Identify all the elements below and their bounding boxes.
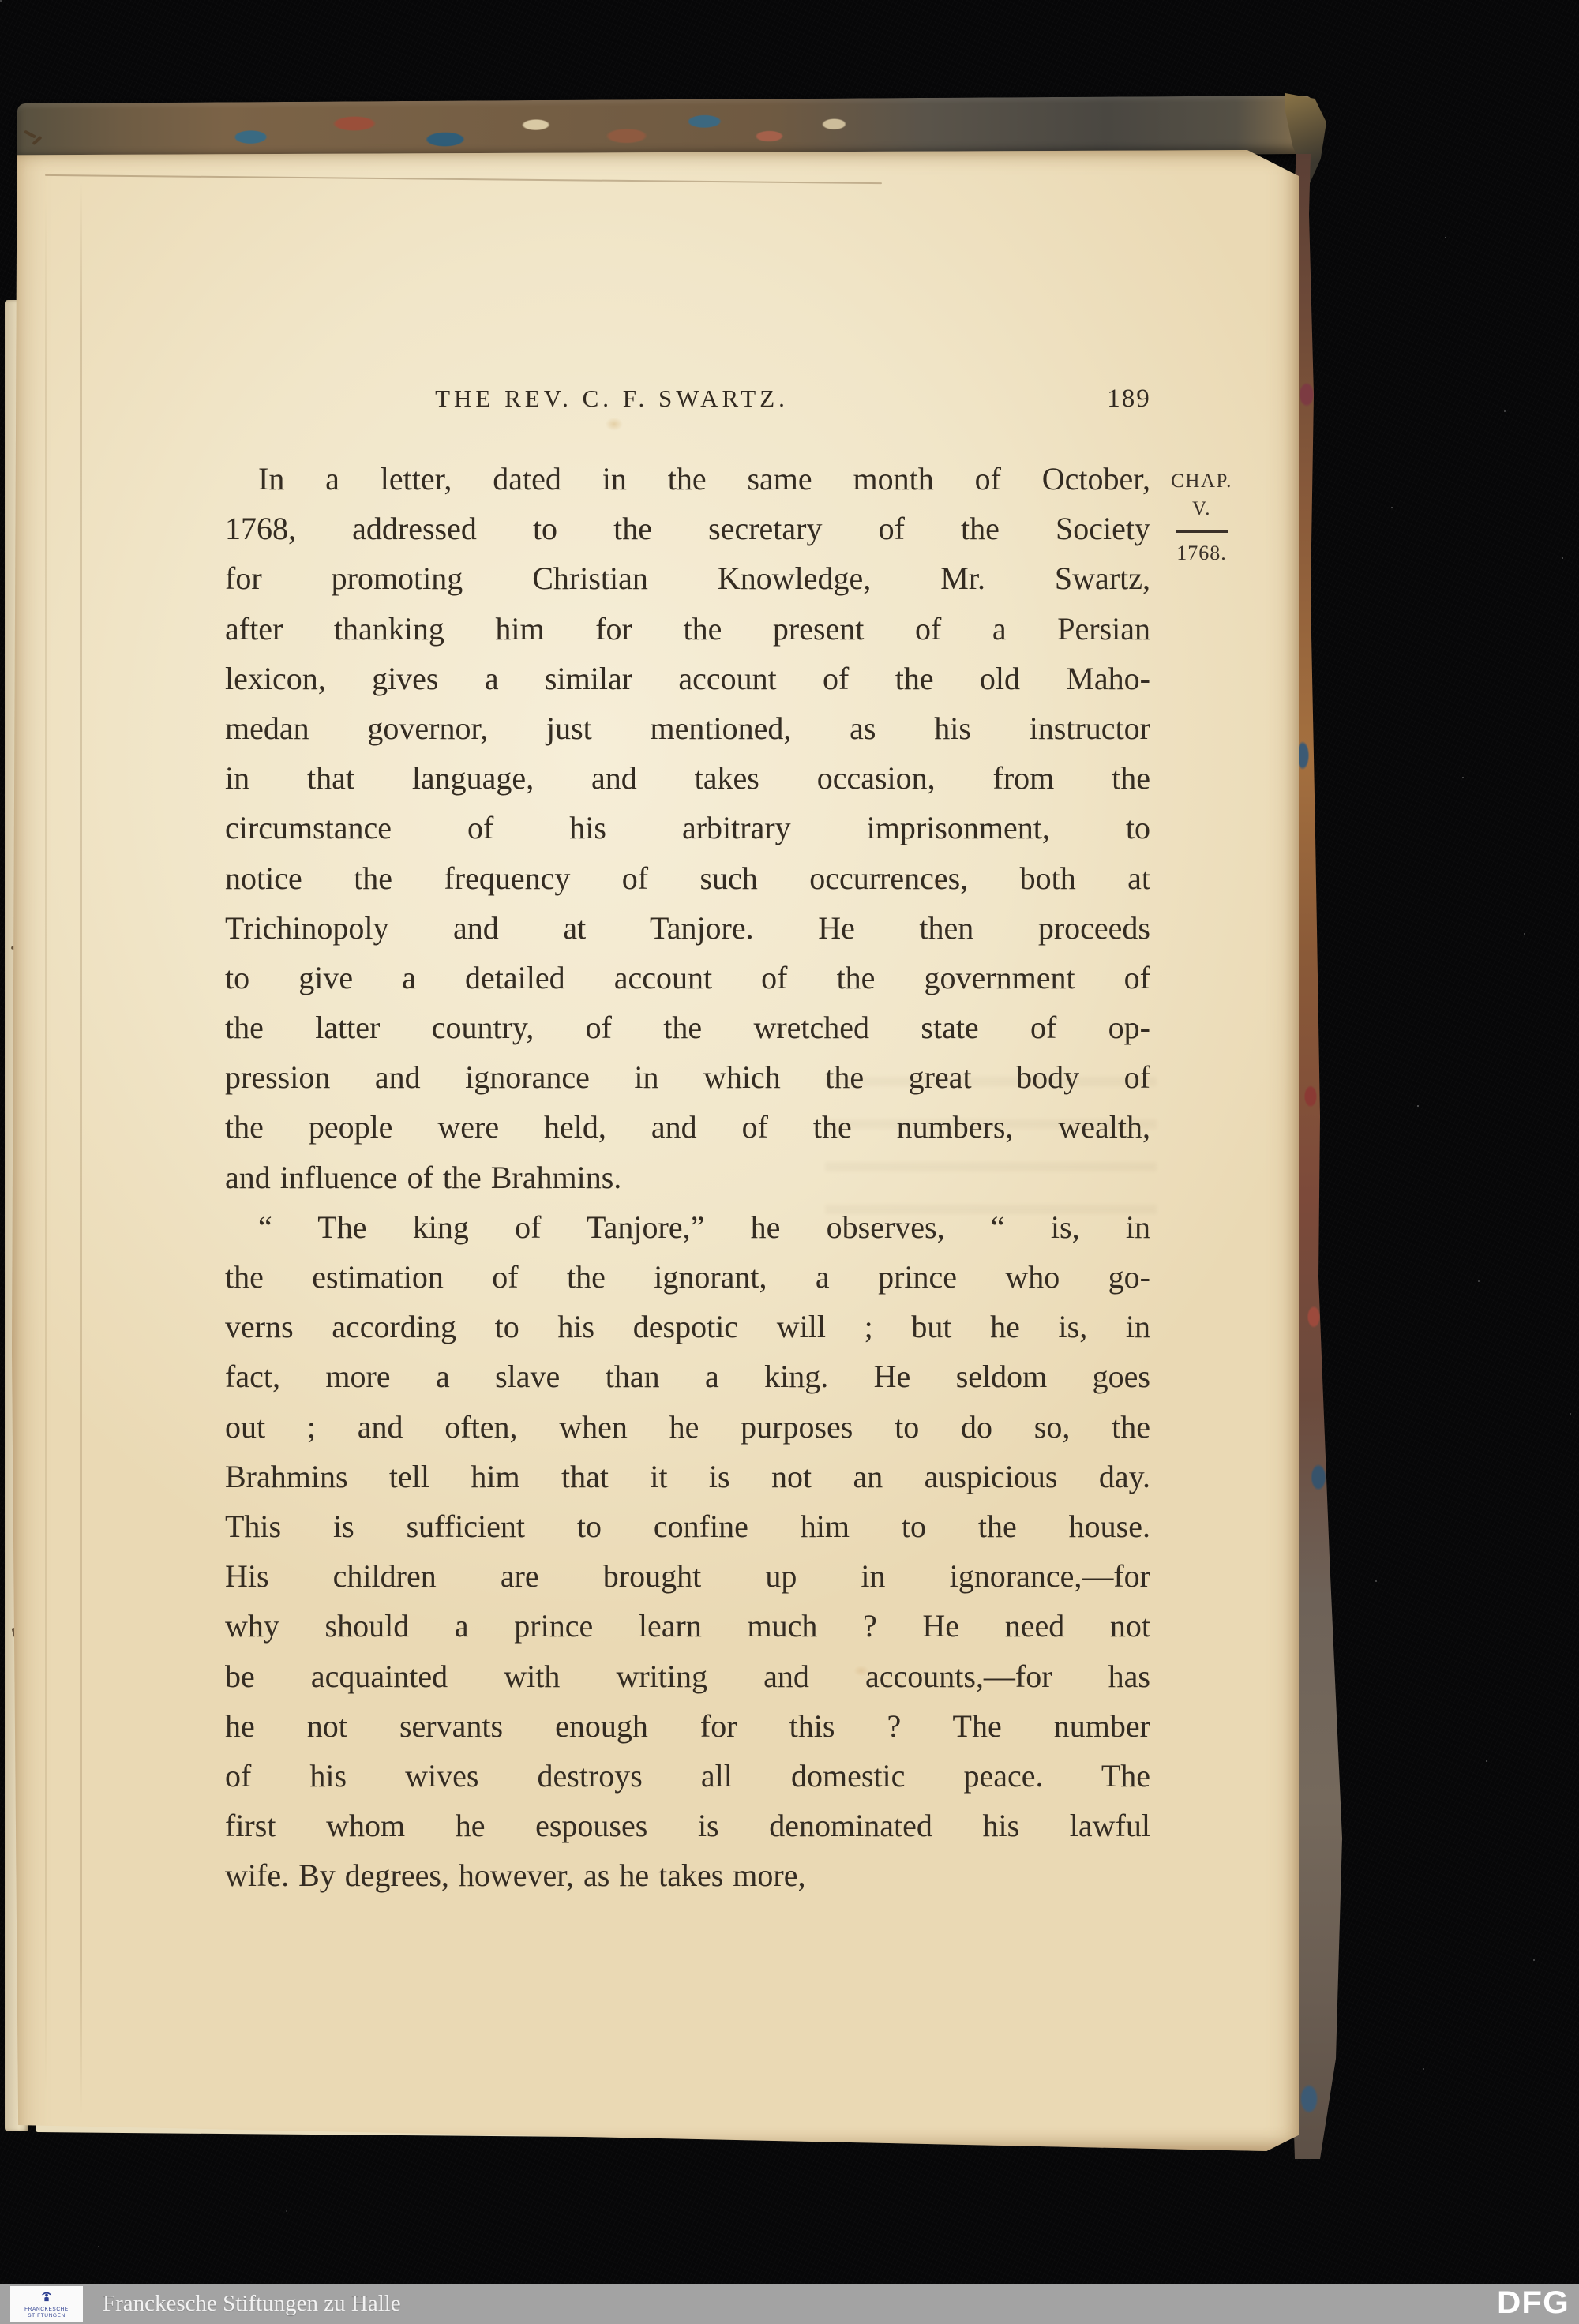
text-line: of his wives destroys all domestic peace… — [225, 1751, 1150, 1801]
margin-year: 1768. — [1151, 539, 1252, 567]
text-line: verns according to his despotic will ; b… — [225, 1302, 1150, 1351]
text-line: notice the frequency of such occurrences… — [225, 853, 1150, 903]
text-line: out ; and often, when he purposes to do … — [225, 1402, 1150, 1452]
dust-specks — [0, 0, 2, 2]
franckesche-logo: FRANCKESCHE STIFTUNGEN — [10, 2286, 83, 2322]
logo-text-line2: STIFTUNGEN — [28, 2313, 66, 2319]
text-line: This is sufficient to confine him to the… — [225, 1501, 1150, 1551]
franckesche-emblem-icon — [39, 2289, 54, 2306]
scan-viewport: THE REV. C. F. SWARTZ. 189 CHAP. V. 1768… — [0, 0, 1579, 2324]
page-number: 189 — [1093, 384, 1165, 414]
attribution-bar: FRANCKESCHE STIFTUNGEN Franckesche Stift… — [0, 2284, 1579, 2324]
dfg-logo: DFG — [1497, 2284, 1570, 2324]
text-line: His children are brought up in ignorance… — [225, 1551, 1150, 1601]
chapter-label: CHAP. — [1151, 467, 1252, 495]
text-line: Trichinopoly and at Tanjore. He then pro… — [225, 903, 1150, 953]
text-line: the people were held, and of the numbers… — [225, 1102, 1150, 1152]
text-line: first whom he espouses is denominated hi… — [225, 1801, 1150, 1850]
gutter-crease — [45, 197, 47, 2092]
text-line: circumstance of his arbitrary imprisonme… — [225, 803, 1150, 853]
body-text: In a letter, dated in the same month of … — [225, 454, 1150, 1900]
text-line: why should a prince learn much ? He need… — [225, 1601, 1150, 1651]
text-line: he not servants enough for this ? The nu… — [225, 1701, 1150, 1751]
text-line: 1768, addressed to the secretary of the … — [225, 504, 1150, 553]
text-line: and influence of the Brahmins. — [225, 1153, 1150, 1202]
gutter-crease — [80, 182, 82, 2116]
text-line: in that language, and takes occasion, fr… — [225, 753, 1150, 803]
chapter-numeral: V. — [1151, 495, 1252, 523]
margin-rule — [1176, 530, 1228, 533]
text-line: “ The king of Tanjore,” he observes, “ i… — [225, 1202, 1150, 1252]
text-line: to give a detailed account of the govern… — [225, 953, 1150, 1003]
logo-text-line1: FRANCKESCHE — [24, 2307, 69, 2313]
text-line: lexicon, gives a similar account of the … — [225, 654, 1150, 703]
text-line: for promoting Christian Knowledge, Mr. S… — [225, 553, 1150, 603]
text-line: Brahmins tell him that it is not an ausp… — [225, 1452, 1150, 1501]
text-line: wife. By degrees, however, as he takes m… — [225, 1850, 1150, 1900]
text-line: pression and ignorance in which the grea… — [225, 1052, 1150, 1102]
text-line: the latter country, of the wretched stat… — [225, 1003, 1150, 1052]
text-line: fact, more a slave than a king. He seldo… — [225, 1351, 1150, 1401]
text-line: after thanking him for the present of a … — [225, 604, 1150, 654]
running-head: THE REV. C. F. SWARTZ. — [359, 384, 865, 413]
chapter-margin-note: CHAP. V. 1768. — [1151, 467, 1252, 567]
text-line: In a letter, dated in the same month of … — [225, 454, 1150, 504]
text-line: medan governor, just mentioned, as his i… — [225, 703, 1150, 753]
institution-label: Franckesche Stiftungen zu Halle — [103, 2284, 401, 2324]
text-line: be acquainted with writing and accounts,… — [225, 1651, 1150, 1701]
leaf-edge-line — [45, 174, 882, 184]
text-line: the estimation of the ignorant, a prince… — [225, 1252, 1150, 1302]
